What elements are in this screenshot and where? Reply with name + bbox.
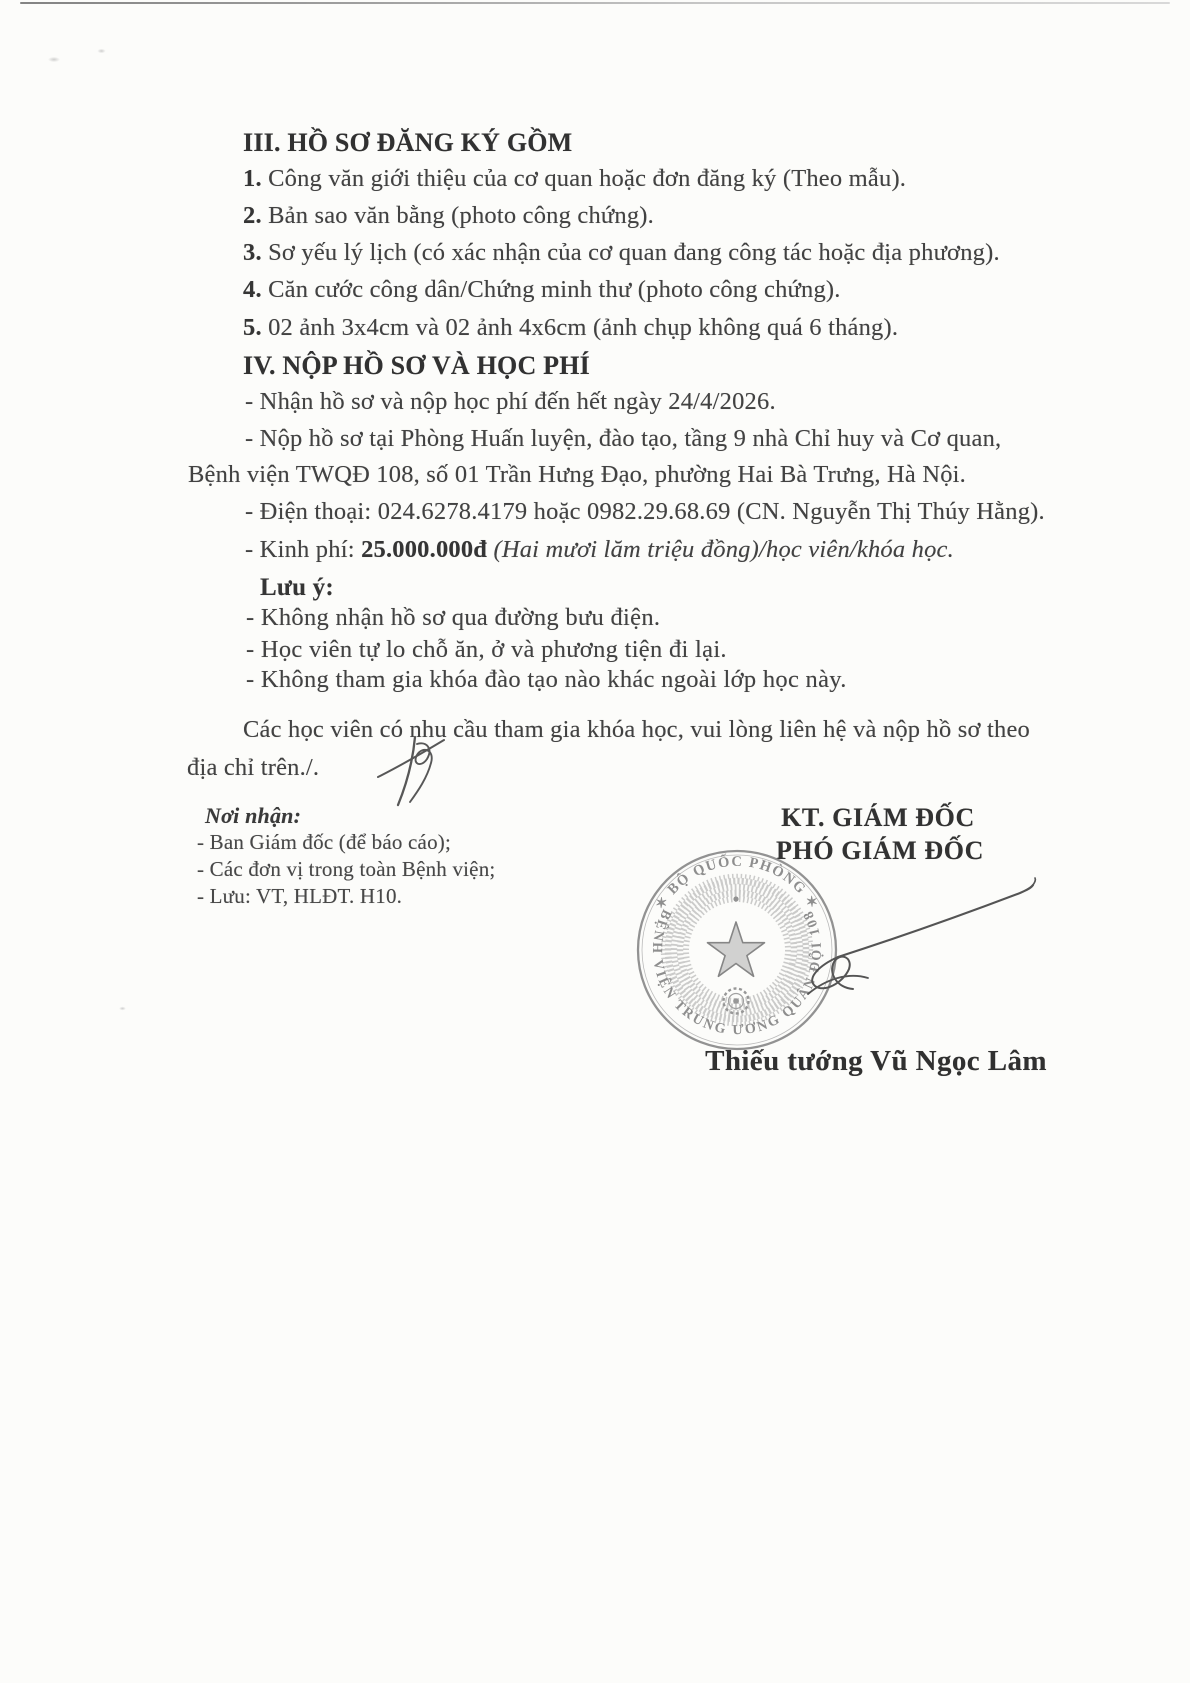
note-line-1: - Không nhận hồ sơ qua đường bưu điện.	[246, 606, 660, 631]
section-iv-heading: IV. NỘP HỒ SƠ VÀ HỌC PHÍ	[243, 353, 590, 379]
item-text: 02 ảnh 3x4cm và 02 ảnh 4x6cm (ảnh chụp k…	[262, 314, 898, 341]
item-text: Bản sao văn bằng (photo công chứng).	[262, 202, 654, 229]
item-number: 3.	[243, 239, 262, 266]
item-number: 2.	[243, 202, 262, 229]
fee-amount-words: (Hai mươi lăm triệu đồng)/học viên/khóa …	[487, 536, 954, 563]
fee-line: - Kinh phí: 25.000.000đ (Hai mươi lăm tr…	[245, 538, 954, 563]
registration-item-1: 1. Công văn giới thiệu của cơ quan hoặc …	[243, 167, 906, 192]
approver-title-kt-giam-doc: KT. GIÁM ĐỐC	[781, 805, 975, 831]
scan-artifact-line	[20, 2, 1170, 4]
item-number: 5.	[243, 314, 262, 341]
recipient-line-3: - Lưu: VT, HLĐT. H10.	[197, 886, 402, 907]
fee-amount: 25.000.000đ	[361, 536, 487, 563]
note-line-2: - Học viên tự lo chỗ ăn, ở và phương tiệ…	[246, 638, 727, 663]
registration-item-5: 5. 02 ảnh 3x4cm và 02 ảnh 4x6cm (ảnh chụ…	[243, 316, 898, 341]
notes-heading: Lưu ý:	[260, 575, 334, 600]
recipient-line-2: - Các đơn vị trong toàn Bệnh viện;	[197, 859, 495, 880]
fee-label: - Kinh phí:	[245, 536, 361, 563]
signer-name: Thiếu tướng Vũ Ngọc Lâm	[705, 1047, 1047, 1076]
section-iii-heading: III. HỒ SƠ ĐĂNG KÝ GỒM	[243, 130, 572, 156]
seal-center-dot	[733, 896, 738, 901]
signature-initials	[372, 733, 452, 811]
note-line-3: - Không tham gia khóa đào tạo nào khác n…	[246, 668, 847, 693]
recipients-heading: Nơi nhận:	[205, 805, 301, 827]
recipient-line-1: - Ban Giám đốc (để báo cáo);	[197, 832, 451, 853]
item-text: Căn cước công dân/Chứng minh thư (photo …	[262, 276, 841, 303]
item-number: 1.	[243, 165, 262, 192]
closing-paragraph-line-1: Các học viên có nhu cầu tham gia khóa họ…	[243, 718, 1030, 743]
seal-star-icon	[708, 922, 765, 976]
registration-item-4: 4. Căn cước công dân/Chứng minh thư (pho…	[243, 278, 841, 303]
phone-line: - Điện thoại: 024.6278.4179 hoặc 0982.29…	[245, 500, 1045, 525]
scanned-document-page: III. HỒ SƠ ĐĂNG KÝ GỒM 1. Công văn giới …	[0, 0, 1190, 1683]
scan-smudge	[46, 56, 62, 63]
registration-item-3: 3. Sơ yếu lý lịch (có xác nhận của cơ qu…	[243, 241, 1000, 266]
scan-smudge	[96, 48, 107, 54]
item-number: 4.	[243, 276, 262, 303]
submit-address-line-2: Bệnh viện TWQĐ 108, số 01 Trần Hưng Đạo,…	[188, 463, 966, 488]
deadline-line: - Nhận hồ sơ và nộp học phí đến hết ngày…	[245, 390, 776, 415]
signature-stroke	[790, 845, 1050, 1015]
item-text: Công văn giới thiệu của cơ quan hoặc đơn…	[262, 165, 906, 192]
scan-smudge	[118, 1006, 127, 1011]
registration-item-2: 2. Bản sao văn bằng (photo công chứng).	[243, 204, 654, 229]
submit-address-line-1: - Nộp hồ sơ tại Phòng Huấn luyện, đào tạ…	[245, 427, 1001, 452]
item-text: Sơ yếu lý lịch (có xác nhận của cơ quan …	[262, 239, 1000, 266]
closing-paragraph-line-2: địa chỉ trên./.	[187, 756, 319, 781]
